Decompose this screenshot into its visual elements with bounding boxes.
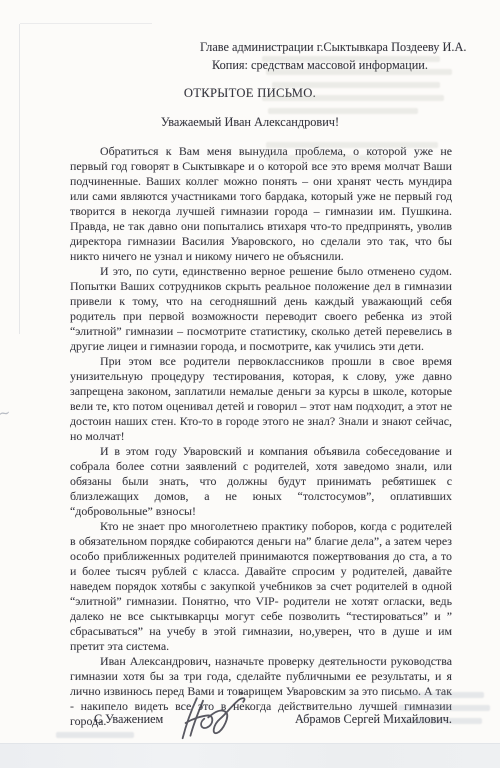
letter-body: Обратиться к Вам меня вынудила проблема,… <box>70 144 452 729</box>
fold-crease-artifact <box>19 24 20 334</box>
letter-paragraph-2: И это, по сути, единственно верное решен… <box>70 264 452 354</box>
closing-label: С Уважением <box>94 706 163 727</box>
letter-paragraph-3: При этом все родители первоклассников пр… <box>70 354 452 444</box>
bleed-through-artifact <box>258 142 448 168</box>
signer-name: Абрамов Сергей Михайлович. <box>295 706 452 727</box>
addressee-line: Главе администрации г.Сыктывкара Поздеев… <box>200 38 500 56</box>
bleed-through-artifact <box>262 56 452 121</box>
signature-row: С Уважением Абрамов Сергей Михайлович. <box>70 706 452 742</box>
letter-paragraph-5: Кто не знает про многолетнею практику по… <box>70 519 452 654</box>
handwritten-signature <box>171 686 257 742</box>
scanner-edge <box>0 743 500 768</box>
fold-crease-artifact <box>20 23 152 24</box>
scan-mark-artifact: ∼ <box>0 403 12 424</box>
scanned-letter-page: ∼ Главе администрации г.Сыктывкара Позде… <box>0 0 500 768</box>
letter-paragraph-4: И в этом году Уваровский и компания объя… <box>70 444 452 519</box>
